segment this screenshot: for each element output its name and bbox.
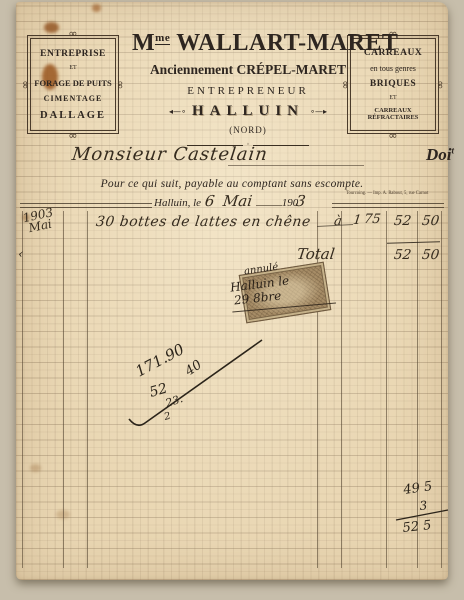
title-name: WALLART-MARET xyxy=(176,30,398,56)
bow-ornament-icon: ∞ xyxy=(435,80,446,89)
service-line: FORAGE DE PUITS xyxy=(34,78,111,88)
bow-ornament-icon: ∞ xyxy=(68,28,77,39)
region-name: (NORD) xyxy=(132,125,364,135)
ink-stain xyxy=(44,22,59,33)
former-name: Anciennement CRÉPEL-MARET xyxy=(132,62,364,78)
services-box: ∞ ∞ ∞ ∞ ENTREPRISE ET FORAGE DE PUITS CI… xyxy=(30,38,116,131)
rule xyxy=(332,203,444,204)
service-line: ET xyxy=(69,65,76,71)
title-initial: M xyxy=(132,30,155,56)
recipient-name: Monsieur Castelain xyxy=(71,144,269,165)
entry-month: Mai xyxy=(24,218,56,235)
ink-stain xyxy=(92,4,101,12)
calc-figure: 171.90 xyxy=(132,340,187,381)
entry-amount-centimes: 50 xyxy=(421,213,440,229)
bow-ornament-icon: ∞ xyxy=(115,80,126,89)
service-line: DALLAGE xyxy=(40,110,106,121)
place-printed: Halluin, le xyxy=(154,197,201,209)
total-centimes: 50 xyxy=(421,247,440,263)
arrow-ornament-icon: ◂—∘ xyxy=(169,107,186,116)
entry-description-text: 30 bottes de lattes en chêne xyxy=(95,214,312,230)
margin-mark: ‹ xyxy=(17,247,24,262)
service-line: CIMENTAGE xyxy=(44,94,103,103)
entry-amount-francs: 52 xyxy=(393,213,412,229)
profession: ENTREPRENEUR xyxy=(132,85,364,97)
doit-base: Doi xyxy=(426,145,452,164)
date-line: Halluin, le 6 Mai 190 3 xyxy=(154,192,310,210)
handwritten-calculation: 171.90 52 40 23. 2 xyxy=(115,327,275,447)
calc-figure: 40 xyxy=(182,357,205,379)
rule xyxy=(256,193,282,206)
calc-row: 49 5 xyxy=(401,479,433,498)
doit-superscript: t xyxy=(452,145,455,155)
letterhead: Mme WALLART-MARET Anciennement CRÉPEL-MA… xyxy=(132,30,364,148)
column-line xyxy=(22,211,23,568)
ink-stain xyxy=(30,464,41,472)
city-line: ◂—∘ HALLUIN ∘—▸ xyxy=(132,103,364,120)
product-line: en tous genres xyxy=(370,64,416,73)
rule xyxy=(20,203,152,204)
calc-figure: 2 xyxy=(162,411,172,423)
name-rule xyxy=(228,165,364,166)
arrow-ornament-icon: ∘—▸ xyxy=(310,107,327,116)
sum-line xyxy=(387,241,440,243)
title-superscript: me xyxy=(155,32,170,45)
column-line xyxy=(87,211,88,568)
column-line xyxy=(341,211,342,568)
business-name: Mme WALLART-MARET xyxy=(132,30,364,57)
entry-date: 1903 Mai xyxy=(22,207,57,236)
product-line: BRIQUES xyxy=(370,79,416,89)
rule xyxy=(332,207,444,208)
column-line xyxy=(63,211,64,568)
column-line xyxy=(386,211,387,568)
unit-price-centimes: 75 xyxy=(363,212,381,227)
entry-description: 30 bottes de lattes en chêne xyxy=(96,214,353,231)
total-label: Total xyxy=(296,245,336,263)
product-line: ET xyxy=(389,95,396,101)
doit-label: Doit xyxy=(426,145,454,165)
day-handwritten: 6 xyxy=(204,192,216,210)
total-francs: 52 xyxy=(393,247,412,263)
printer-credit: Tourcoing. — Imp. A. Rabout, 5, rue Carn… xyxy=(346,190,428,195)
bow-ornament-icon: ∞ xyxy=(68,130,77,141)
bow-ornament-icon: ∞ xyxy=(20,80,31,89)
year-handwritten: 3 xyxy=(295,192,307,210)
payment-terms: Pour ce qui suit, payable au comptant sa… xyxy=(16,178,448,190)
calc-row: 3 xyxy=(419,498,428,513)
product-line: CARREAUX RÉFRACTAIRES xyxy=(353,107,433,121)
bow-ornament-icon: ∞ xyxy=(388,130,397,141)
calc-row: 52 5 xyxy=(402,518,432,536)
strike-stroke xyxy=(129,340,262,425)
city-name: HALLUIN xyxy=(192,103,304,120)
unit-price-francs: 1 xyxy=(352,213,362,228)
corner-calculation: 49 5 3 52 5 xyxy=(394,474,452,538)
service-line: ENTREPRISE xyxy=(40,49,106,59)
month-handwritten: Mai xyxy=(222,192,253,210)
invoice-paper: ∞ ∞ ∞ ∞ ENTREPRISE ET FORAGE DE PUITS CI… xyxy=(16,2,448,580)
